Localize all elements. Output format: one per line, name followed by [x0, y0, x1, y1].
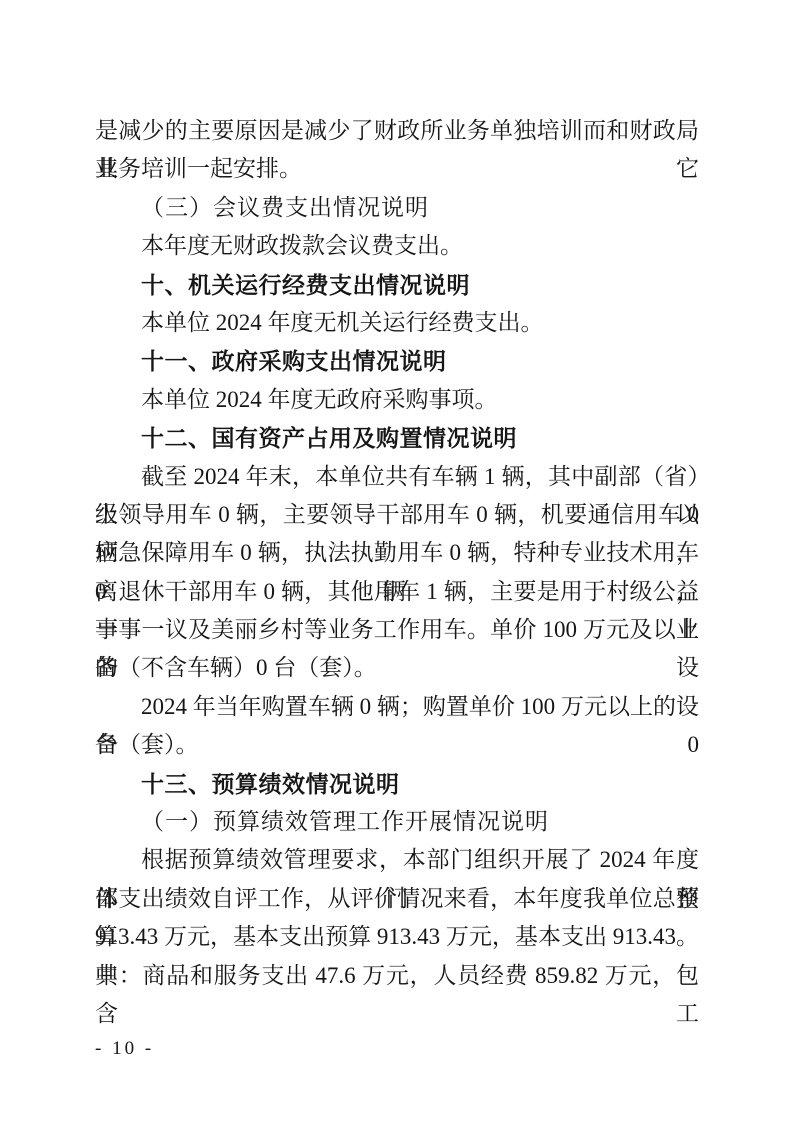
document-body: 是减少的主要原因是减少了财政所业务单独培训而和财政局其它 业务培训一起安排。 （…: [95, 112, 699, 995]
section-heading: 十一、政府采购支出情况说明: [95, 342, 699, 380]
paragraph-line: 中：商品和服务支出 47.6 万元，人员经费 859.82 万元，包含工: [95, 957, 699, 995]
paragraph-line: 应急保障用车 0 辆，执法执勤用车 0 辆，特种专业技术用车 0 辆，: [95, 534, 699, 572]
subsection-heading: （一）预算绩效管理工作开展情况说明: [95, 803, 699, 841]
paragraph-line: 根据预算绩效管理要求，本部门组织开展了 2024 年度部门整: [95, 841, 699, 879]
paragraph-line: 913.43 万元，基本支出预算 913.43 万元，基本支出 913.43。其: [95, 918, 699, 956]
paragraph-line: 截至 2024 年末，本单位共有车辆 1 辆，其中副部（省）级以: [95, 458, 699, 496]
paragraph-line: 上领导用车 0 辆，主要领导干部用车 0 辆，机要通信用车 0 辆，: [95, 496, 699, 534]
document-page: 是减少的主要原因是减少了财政所业务单独培训而和财政局其它 业务培训一起安排。 （…: [0, 0, 793, 1122]
paragraph-line: 本单位 2024 年度无政府采购事项。: [95, 381, 699, 419]
paragraph-line: 离退休干部用车 0 辆，其他用车 1 辆，主要是用于村级公益事业: [95, 573, 699, 611]
section-heading: 十二、国有资产占用及购置情况说明: [95, 419, 699, 457]
page-number: - 10 -: [95, 1038, 154, 1060]
paragraph-line: 是减少的主要原因是减少了财政所业务单独培训而和财政局其它: [95, 112, 699, 150]
paragraph-line: 体支出绩效自评工作，从评价情况来看，本年度我单位总预算: [95, 880, 699, 918]
paragraph-line: 2024 年当年购置车辆 0 辆；购置单价 100 万元以上的设备 0: [95, 688, 699, 726]
section-heading: 十、机关运行经费支出情况说明: [95, 266, 699, 304]
paragraph-line: 一事一议及美丽乡村等业务工作用车。单价 100 万元及以上的设: [95, 611, 699, 649]
section-heading: 十三、预算绩效情况说明: [95, 765, 699, 803]
paragraph-line: 本年度无财政拨款会议费支出。: [95, 227, 699, 265]
paragraph-line: 本单位 2024 年度无机关运行经费支出。: [95, 304, 699, 342]
subsection-heading: （三）会议费支出情况说明: [95, 189, 699, 227]
